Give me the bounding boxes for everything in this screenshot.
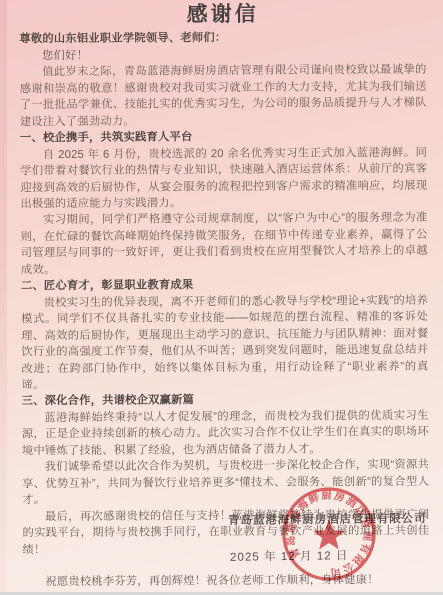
paper-left-edge-shade [0, 0, 7, 595]
section-1-paragraph: 实习期间，同学们严格遵守公司规章制度，以“客户为中心”的服务理念为准则，在忙碌的… [20, 210, 427, 278]
section-3-paragraph: 蓝港海鲜始终秉持“以人才促发展”的理念，而贵校为我们提供的优质实习生源，正是企业… [22, 408, 429, 460]
section-2-paragraph: 贵校实习生的优异表现，离不开老师们的悉心教导与学校“理论+实践”的培养模式。同学… [21, 292, 429, 393]
letter-title: 感谢信 [19, 6, 426, 25]
letter-paper: 感谢信 尊敬的山东铝业职业学院领导、老师们： 您们好！ 值此岁末之际，青岛蓝港海… [0, 0, 443, 595]
company-seal-stamp: 青岛蓝港海鲜厨房酒店管理有限公司 [280, 485, 378, 583]
letter-intro-paragraph: 值此岁末之际，青岛蓝港海鲜厨房酒店管理有限公司谨向贵校致以最诚挚的感谢和崇高的敬… [20, 62, 427, 130]
seal-graphic: 青岛蓝港海鲜厨房酒店管理有限公司 [280, 485, 378, 583]
section-1-paragraph: 自 2025 年 6 月份，贵校选派的 20 余名优秀实习生正式加入蓝港海鲜。同… [20, 144, 427, 212]
seal-star-icon [313, 519, 345, 549]
